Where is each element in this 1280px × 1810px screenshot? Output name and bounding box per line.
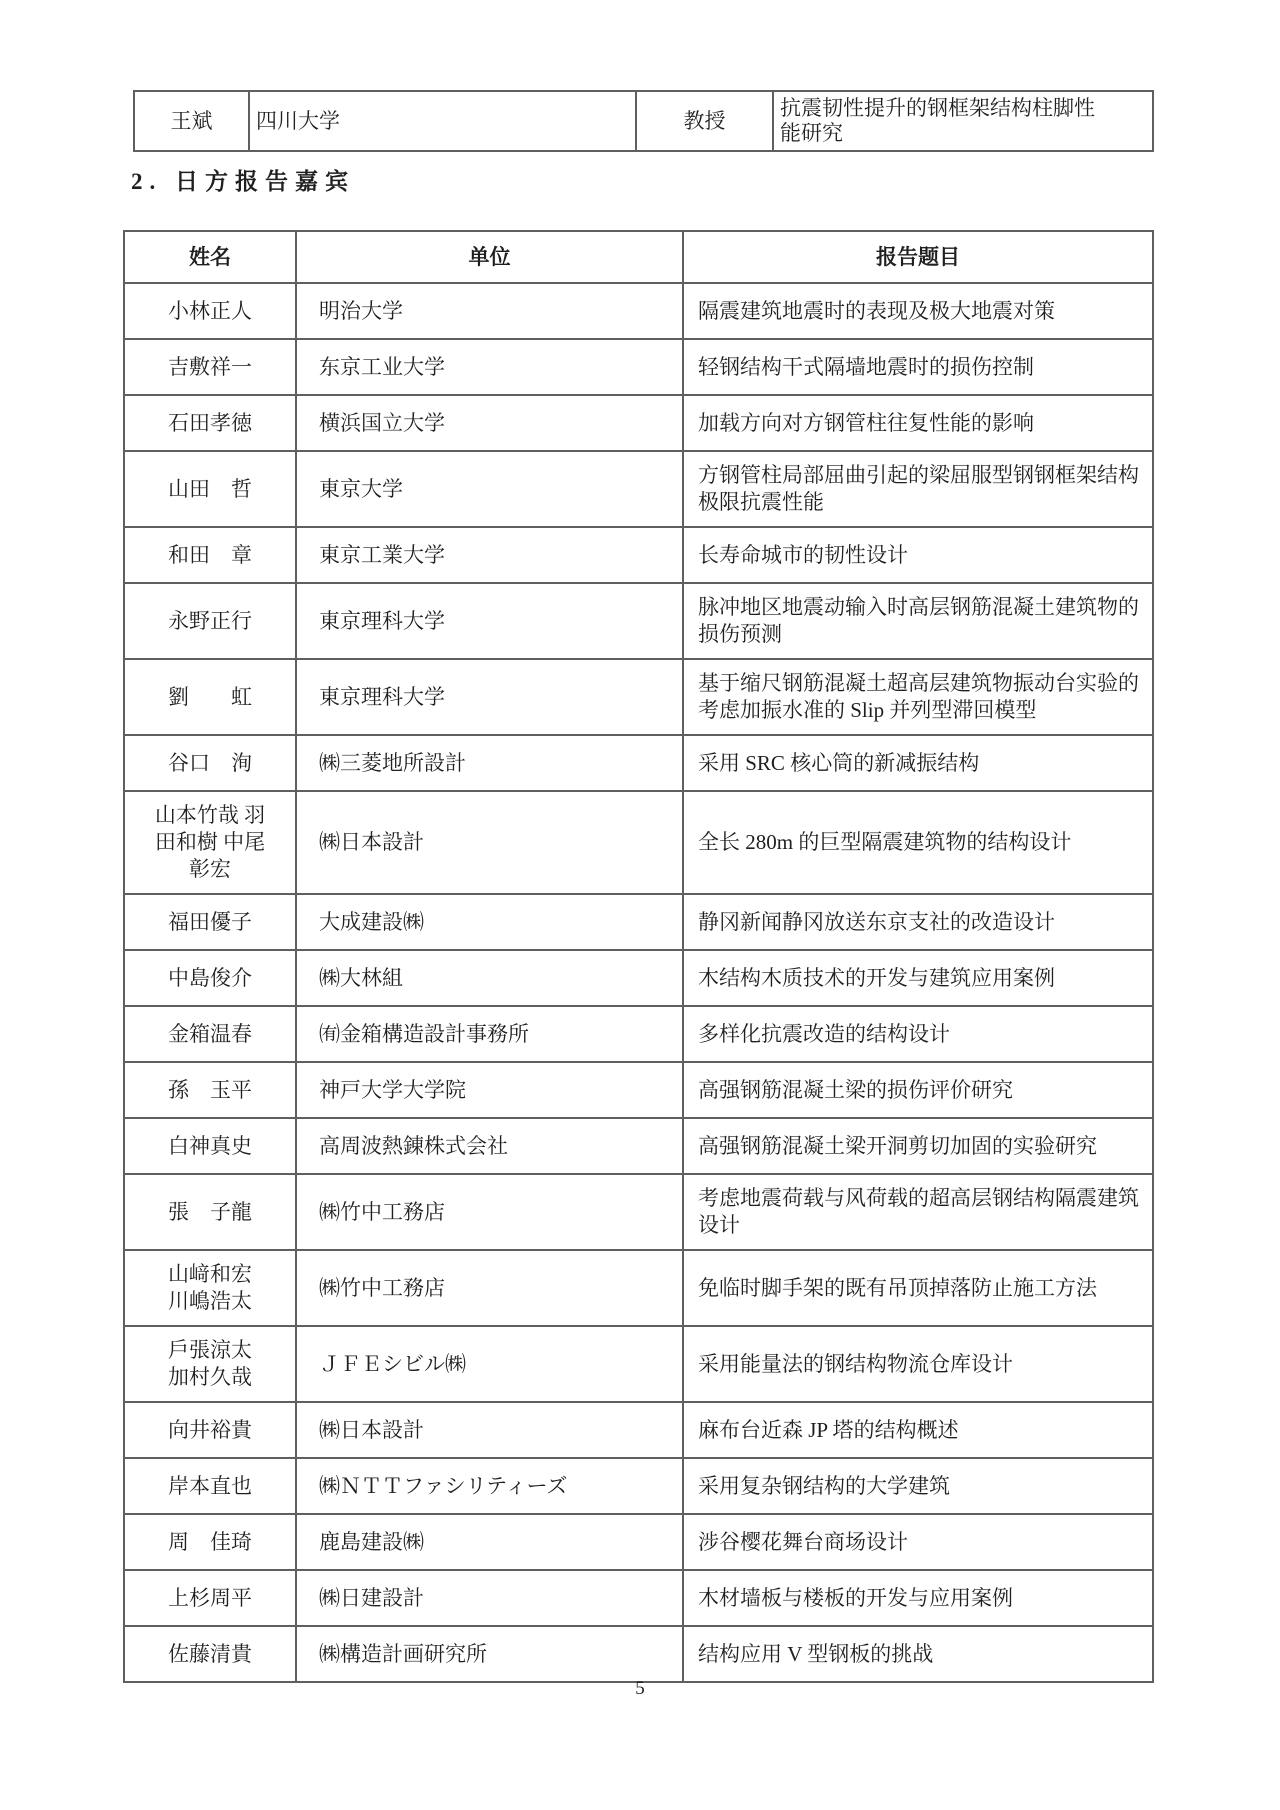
speaker-unit-cell: 東京理科大学 (296, 659, 683, 735)
speaker-topic-cell: 高强钢筋混凝土梁的损伤评价研究 (683, 1062, 1153, 1118)
speaker-topic-cell: 加载方向对方钢管柱往复性能的影响 (683, 395, 1153, 451)
page-number: 5 (0, 1678, 1280, 1700)
speaker-unit-cell: 東京大学 (296, 451, 683, 527)
speaker-topic-cell: 高强钢筋混凝土梁开洞剪切加固的实验研究 (683, 1118, 1153, 1174)
col-header-unit: 单位 (296, 231, 683, 283)
speaker-topic-cell: 木材墙板与楼板的开发与应用案例 (683, 1570, 1153, 1626)
speaker-topic-cell: 免临时脚手架的既有吊顶掉落防止施工方法 (683, 1250, 1153, 1326)
japanese-speakers-table: 姓名 单位 报告题目 小林正人 明治大学 隔震建筑地震时的表现及极大地震对策 吉… (123, 230, 1154, 1683)
speaker-row: 山田 哲 東京大学 方钢管柱局部屈曲引起的梁屈服型钢钢框架结构 极限抗震性能 (124, 451, 1153, 527)
speaker-topic-cell: 基于缩尺钢筋混凝土超高层建筑物振动台实验的 考虑加振水准的 Slip 并列型滞回… (683, 659, 1153, 735)
speaker-row: 周 佳琦 鹿島建設㈱ 涉谷樱花舞台商场设计 (124, 1514, 1153, 1570)
speaker-topic-cell: 长寿命城市的韧性设计 (683, 527, 1153, 583)
speaker-row: 永野正行 東京理科大学 脉冲地区地震动输入时高层钢筋混凝土建筑物的 损伤预测 (124, 583, 1153, 659)
speaker-name-cell: 岸本直也 (124, 1458, 296, 1514)
carryover-role-cell: 教授 (636, 91, 773, 151)
speaker-unit-cell: ㈱ＮＴＴファシリティーズ (296, 1458, 683, 1514)
section-heading: 2. 日方报告嘉宾 (131, 163, 355, 196)
speaker-topic-cell: 结构应用 V 型钢板的挑战 (683, 1626, 1153, 1682)
speaker-unit-cell: 神戸大学大学院 (296, 1062, 683, 1118)
speaker-row: 白神真史 高周波熱錬株式会社 高强钢筋混凝土梁开洞剪切加固的实验研究 (124, 1118, 1153, 1174)
speaker-topic-cell: 涉谷樱花舞台商场设计 (683, 1514, 1153, 1570)
speaker-row: 孫 玉平 神戸大学大学院 高强钢筋混凝土梁的损伤评价研究 (124, 1062, 1153, 1118)
speaker-topic-cell: 脉冲地区地震动输入时高层钢筋混凝土建筑物的 损伤预测 (683, 583, 1153, 659)
speaker-name-cell: 和田 章 (124, 527, 296, 583)
speaker-unit-cell: ㈱日建設計 (296, 1570, 683, 1626)
speaker-topic-cell: 考虑地震荷载与风荷载的超高层钢结构隔震建筑 设计 (683, 1174, 1153, 1250)
carryover-name-cell: 王斌 (134, 91, 249, 151)
speaker-topic-cell: 采用 SRC 核心筒的新减振结构 (683, 735, 1153, 791)
speaker-unit-cell: 大成建設㈱ (296, 894, 683, 950)
col-header-name: 姓名 (124, 231, 296, 283)
speaker-topic-cell: 多样化抗震改造的结构设计 (683, 1006, 1153, 1062)
speaker-unit-cell: ㈱竹中工務店 (296, 1250, 683, 1326)
speakers-header-row: 姓名 单位 报告题目 (124, 231, 1153, 283)
speaker-unit-cell: ㈱竹中工務店 (296, 1174, 683, 1250)
speaker-name-cell: 佐藤清貴 (124, 1626, 296, 1682)
speaker-name-cell: 孫 玉平 (124, 1062, 296, 1118)
speaker-row: 谷口 洵 ㈱三菱地所設計 采用 SRC 核心筒的新减振结构 (124, 735, 1153, 791)
carryover-unit-cell: 四川大学 (249, 91, 636, 151)
speaker-unit-cell: ㈱日本設計 (296, 1402, 683, 1458)
speaker-name-cell: 金箱温春 (124, 1006, 296, 1062)
speaker-name-cell: 山本竹哉 羽 田和樹 中尾 彰宏 (124, 791, 296, 894)
speaker-row: 金箱温春 ㈲金箱構造設計事務所 多样化抗震改造的结构设计 (124, 1006, 1153, 1062)
speaker-row: 小林正人 明治大学 隔震建筑地震时的表现及极大地震对策 (124, 283, 1153, 339)
speaker-unit-cell: 東京理科大学 (296, 583, 683, 659)
speaker-topic-cell: 麻布台近森 JP 塔的结构概述 (683, 1402, 1153, 1458)
speaker-name-cell: 谷口 洵 (124, 735, 296, 791)
speaker-row: 劉 虹 東京理科大学 基于缩尺钢筋混凝土超高层建筑物振动台实验的 考虑加振水准的… (124, 659, 1153, 735)
carryover-row-table: 王斌 四川大学 教授 抗震韧性提升的钢框架结构柱脚性 能研究 (133, 90, 1154, 152)
speaker-topic-cell: 采用复杂钢结构的大学建筑 (683, 1458, 1153, 1514)
speaker-name-cell: 上杉周平 (124, 1570, 296, 1626)
speaker-row: 山﨑和宏 川嶋浩太 ㈱竹中工務店 免临时脚手架的既有吊顶掉落防止施工方法 (124, 1250, 1153, 1326)
speaker-topic-cell: 隔震建筑地震时的表现及极大地震对策 (683, 283, 1153, 339)
speaker-name-cell: 永野正行 (124, 583, 296, 659)
speaker-row: 和田 章 東京工業大学 长寿命城市的韧性设计 (124, 527, 1153, 583)
speaker-row: 中島俊介 ㈱大林組 木结构木质技术的开发与建筑应用案例 (124, 950, 1153, 1006)
speaker-name-cell: 吉敷祥一 (124, 339, 296, 395)
speaker-name-cell: 劉 虹 (124, 659, 296, 735)
speaker-unit-cell: ㈱大林組 (296, 950, 683, 1006)
speaker-row: 福田優子 大成建設㈱ 静冈新闻静冈放送东京支社的改造设计 (124, 894, 1153, 950)
speaker-unit-cell: ㈱日本設計 (296, 791, 683, 894)
speaker-name-cell: 向井裕貴 (124, 1402, 296, 1458)
col-header-topic: 报告题目 (683, 231, 1153, 283)
speaker-topic-cell: 静冈新闻静冈放送东京支社的改造设计 (683, 894, 1153, 950)
speaker-topic-cell: 方钢管柱局部屈曲引起的梁屈服型钢钢框架结构 极限抗震性能 (683, 451, 1153, 527)
speaker-name-cell: 中島俊介 (124, 950, 296, 1006)
carryover-topic-cell: 抗震韧性提升的钢框架结构柱脚性 能研究 (773, 91, 1153, 151)
speaker-unit-cell: ㈲金箱構造設計事務所 (296, 1006, 683, 1062)
speaker-row: 向井裕貴 ㈱日本設計 麻布台近森 JP 塔的结构概述 (124, 1402, 1153, 1458)
document-page: 王斌 四川大学 教授 抗震韧性提升的钢框架结构柱脚性 能研究 2. 日方报告嘉宾… (0, 0, 1280, 1810)
speaker-unit-cell: ㈱三菱地所設計 (296, 735, 683, 791)
speaker-row: 石田孝徳 横浜国立大学 加载方向对方钢管柱往复性能的影响 (124, 395, 1153, 451)
speaker-topic-cell: 全长 280m 的巨型隔震建筑物的结构设计 (683, 791, 1153, 894)
speakers-tbody: 小林正人 明治大学 隔震建筑地震时的表现及极大地震对策 吉敷祥一 东京工业大学 … (124, 283, 1153, 1682)
speaker-name-cell: 白神真史 (124, 1118, 296, 1174)
speaker-unit-cell: 高周波熱錬株式会社 (296, 1118, 683, 1174)
speaker-name-cell: 山﨑和宏 川嶋浩太 (124, 1250, 296, 1326)
speaker-unit-cell: ＪＦＥシビル㈱ (296, 1326, 683, 1402)
speaker-name-cell: 張 子龍 (124, 1174, 296, 1250)
speaker-topic-cell: 轻钢结构干式隔墙地震时的损伤控制 (683, 339, 1153, 395)
carryover-row: 王斌 四川大学 教授 抗震韧性提升的钢框架结构柱脚性 能研究 (134, 91, 1153, 151)
speaker-row: 佐藤清貴 ㈱構造計画研究所 结构应用 V 型钢板的挑战 (124, 1626, 1153, 1682)
speaker-name-cell: 戶張涼太 加村久哉 (124, 1326, 296, 1402)
speaker-name-cell: 福田優子 (124, 894, 296, 950)
speaker-unit-cell: 横浜国立大学 (296, 395, 683, 451)
speaker-unit-cell: 明治大学 (296, 283, 683, 339)
speaker-row: 張 子龍 ㈱竹中工務店 考虑地震荷载与风荷载的超高层钢结构隔震建筑 设计 (124, 1174, 1153, 1250)
speaker-unit-cell: 東京工業大学 (296, 527, 683, 583)
speaker-row: 上杉周平 ㈱日建設計 木材墙板与楼板的开发与应用案例 (124, 1570, 1153, 1626)
speaker-row: 岸本直也 ㈱ＮＴＴファシリティーズ 采用复杂钢结构的大学建筑 (124, 1458, 1153, 1514)
speaker-unit-cell: 东京工业大学 (296, 339, 683, 395)
speaker-name-cell: 小林正人 (124, 283, 296, 339)
speaker-row: 戶張涼太 加村久哉 ＪＦＥシビル㈱ 采用能量法的钢结构物流仓库设计 (124, 1326, 1153, 1402)
speaker-name-cell: 石田孝徳 (124, 395, 296, 451)
speaker-row: 吉敷祥一 东京工业大学 轻钢结构干式隔墙地震时的损伤控制 (124, 339, 1153, 395)
speaker-name-cell: 周 佳琦 (124, 1514, 296, 1570)
speaker-unit-cell: 鹿島建設㈱ (296, 1514, 683, 1570)
speaker-topic-cell: 木结构木质技术的开发与建筑应用案例 (683, 950, 1153, 1006)
speaker-topic-cell: 采用能量法的钢结构物流仓库设计 (683, 1326, 1153, 1402)
speaker-unit-cell: ㈱構造計画研究所 (296, 1626, 683, 1682)
speaker-row: 山本竹哉 羽 田和樹 中尾 彰宏 ㈱日本設計 全长 280m 的巨型隔震建筑物的… (124, 791, 1153, 894)
speaker-name-cell: 山田 哲 (124, 451, 296, 527)
